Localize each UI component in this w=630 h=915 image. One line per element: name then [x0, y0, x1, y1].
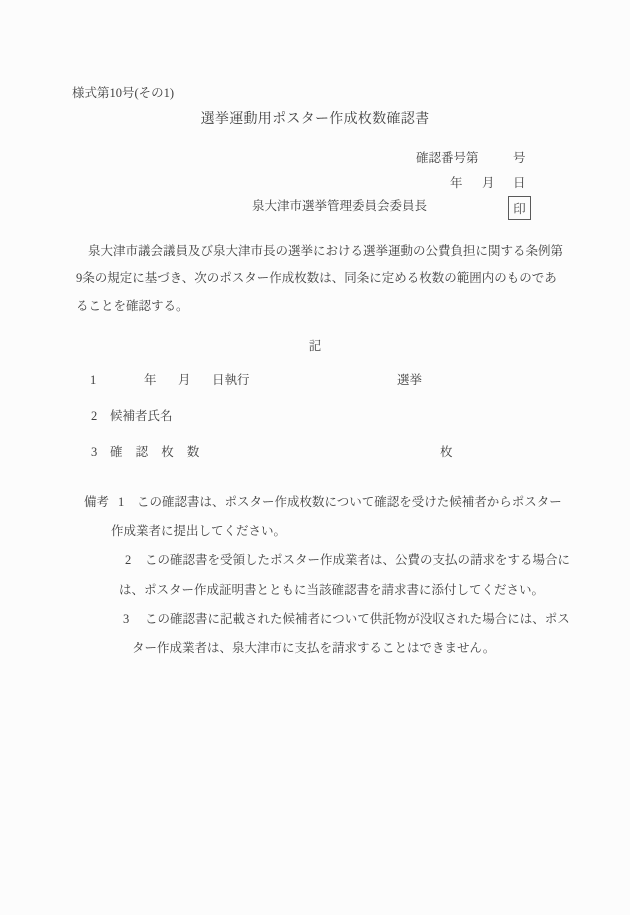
- body-paragraph-line: 泉大津市議会議員及び泉大津市長の選挙における選挙運動の公費負担に関する条例第: [88, 244, 563, 259]
- note2-line: は、ポスター作成証明書とともに当該確認書を請求書に添付してください。: [119, 583, 544, 598]
- note2-line: この確認書を受領したポスター作成業者は、公費の支払の請求をする場合に: [145, 553, 570, 568]
- body-paragraph-line: 9条の規定に基づき、次のポスター作成枚数は、同条に定める枚数の範囲内のものであ: [76, 271, 557, 286]
- date-day-label: 日: [513, 176, 526, 191]
- item2-candidate-name-label: 候補者氏名: [110, 409, 173, 424]
- item3-confirmed-count-label: 確 認 枚 数: [110, 445, 204, 460]
- note3-number: 3: [123, 612, 129, 627]
- notes-label: 備考: [84, 495, 109, 510]
- note1-number: 1: [118, 495, 124, 510]
- item1-day-executed-label: 日執行: [212, 373, 250, 388]
- item3-sheets-unit-label: 枚: [440, 445, 453, 460]
- form-number: 様式第10号(その1): [72, 86, 174, 101]
- item1-year-label: 年: [144, 373, 157, 388]
- note1-line: この確認書は、ポスター作成枚数について確認を受けた候補者からポスター: [137, 495, 562, 510]
- date-month-label: 月: [482, 176, 495, 191]
- item1-election-label: 選挙: [397, 373, 422, 388]
- item2-number: 2: [91, 409, 97, 424]
- note2-number: 2: [125, 553, 131, 568]
- body-paragraph-line: ることを確認する。: [76, 299, 189, 314]
- note3-line: ター作成業者は、泉大津市に支払を請求することはできません。: [132, 641, 495, 656]
- issuer-title: 泉大津市選挙管理委員会委員長: [252, 199, 427, 214]
- seal-label: 印: [513, 199, 526, 217]
- note3-line: この確認書に記載された候補者について供託物が没収された場合には、ポス: [145, 612, 570, 627]
- item1-month-label: 月: [178, 373, 191, 388]
- seal-box: 印: [508, 196, 531, 220]
- note1-line: 作成業者に提出してください。: [111, 524, 286, 539]
- item1-number: 1: [90, 373, 96, 388]
- confirmation-number-unit: 号: [513, 151, 526, 166]
- document-page: 様式第10号(その1) 選挙運動用ポスター作成枚数確認書 確認番号第 号 年 月…: [0, 0, 630, 915]
- date-year-label: 年: [450, 176, 463, 191]
- section-marker: 記: [0, 339, 630, 354]
- item3-number: 3: [91, 445, 97, 460]
- page-title: 選挙運動用ポスター作成枚数確認書: [0, 112, 630, 127]
- confirmation-number-label: 確認番号第: [416, 151, 479, 166]
